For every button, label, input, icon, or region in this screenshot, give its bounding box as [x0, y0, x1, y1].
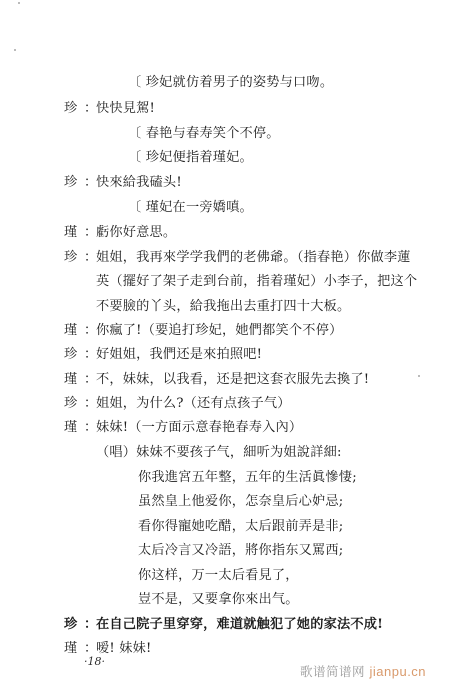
stage-direction: 〔 瑾妃在一旁嬌嗔。: [128, 200, 253, 216]
dialogue-continuation: 不要臉的丫头，給我拖出去重打四十大板。: [96, 299, 350, 315]
dialogue-line: 瑾：虧你好意思。: [64, 225, 176, 241]
speaker: 珍: [64, 396, 84, 412]
stage-direction: 〔 珍妃便指着瑾妃。: [128, 150, 253, 166]
dialogue-line: 珍：好姐姐，我們还是來拍照吧!: [64, 347, 262, 363]
scan-speck: [14, 49, 16, 51]
dialogue-line: 瑾：你瘋了!（要追打珍妃，她們都笑个不停）: [64, 323, 342, 339]
speaker: 珍: [64, 175, 84, 191]
speaker: 珍: [64, 347, 84, 363]
stage-direction: 〔 春艳与春寿笑个不停。: [128, 126, 280, 142]
verse-line: 你我進宮五年整，五年的生活眞慘悽;: [138, 470, 357, 486]
dialogue-line: 珍：快快見駕!: [64, 101, 155, 117]
dialogue-line: 珍：在自己院子里穿穿，难道就触犯了她的家法不成!: [64, 617, 383, 633]
verse-line: 太后冷言又冷語，將你指东又罵西;: [138, 543, 343, 559]
scan-speck: [18, 2, 20, 4]
dialogue-line: 珍：快來給我磕头!: [64, 175, 182, 191]
dialogue-line: 瑾：嗳! 妹妹!: [64, 641, 152, 657]
dialogue-text: 嗳! 妹妹!: [96, 641, 152, 656]
dialogue-text: 你瘋了!（要追打珍妃，她們都笑个不停）: [96, 323, 342, 338]
dialogue-text: 在自己院子里穿穿，难道就触犯了她的家法不成!: [96, 617, 383, 632]
speaker: 瑾: [64, 323, 84, 339]
dialogue-text: 快快見駕!: [96, 101, 155, 116]
speaker: 瑾: [64, 641, 84, 657]
watermark-text: 歌谱简谱网: [300, 664, 365, 679]
stage-direction: 〔 珍妃就仿着男子的姿势与口吻。: [128, 75, 333, 91]
watermark: 歌谱简谱网 jianpu.cn: [300, 662, 426, 680]
dialogue-text: 好姐姐，我們还是來拍照吧!: [96, 347, 262, 362]
dialogue-line: 瑾：妹妹!（一方面示意春艳春寿入內）: [64, 420, 302, 436]
dialogue-continuation: 英（擺好了架子走到台前，指着瑾妃）小李子，把这个: [96, 274, 417, 290]
dialogue-text: 不，妹妹，以我看，还是把这套衣服先去換了!: [96, 372, 369, 387]
verse-line: 你这样，万一太后看見了，: [138, 568, 299, 584]
dialogue-text: 快來給我磕头!: [96, 175, 182, 190]
scan-speck: [418, 375, 420, 377]
speaker: 瑾: [64, 420, 84, 436]
dialogue-text: 姐姐，我再來学学我們的老佛爺。（指春艳）你做李蓮: [96, 250, 411, 265]
verse-line: 豈不是，又要拿你來出气。: [138, 592, 299, 608]
page-number: ·18·: [84, 655, 105, 668]
dialogue-text: 姐姐，为什么?（还有点孩子气）: [96, 396, 291, 411]
speaker: 瑾: [64, 372, 84, 388]
verse-line: 看你得寵她吃醋，太后跟前弄是非;: [138, 519, 343, 535]
song-line: （唱）妹妹不要孩子气，細听为姐說詳細:: [96, 445, 342, 461]
speaker: 珍: [64, 617, 84, 633]
dialogue-text: 虧你好意思。: [96, 225, 176, 240]
verse-line: 虽然皇上他爱你，怎奈皇后心妒忌;: [138, 494, 343, 510]
dialogue-line: 珍：姐姐，我再來学学我們的老佛爺。（指春艳）你做李蓮: [64, 250, 411, 266]
dialogue-text: 妹妹!（一方面示意春艳春寿入內）: [96, 420, 302, 435]
speaker: 瑾: [64, 225, 84, 241]
watermark-domain: jianpu.cn: [370, 664, 427, 679]
dialogue-line: 珍：姐姐，为什么?（还有点孩子气）: [64, 396, 291, 412]
dialogue-line: 瑾：不，妹妹，以我看，还是把这套衣服先去換了!: [64, 372, 369, 388]
speaker: 珍: [64, 250, 84, 266]
speaker: 珍: [64, 101, 84, 117]
